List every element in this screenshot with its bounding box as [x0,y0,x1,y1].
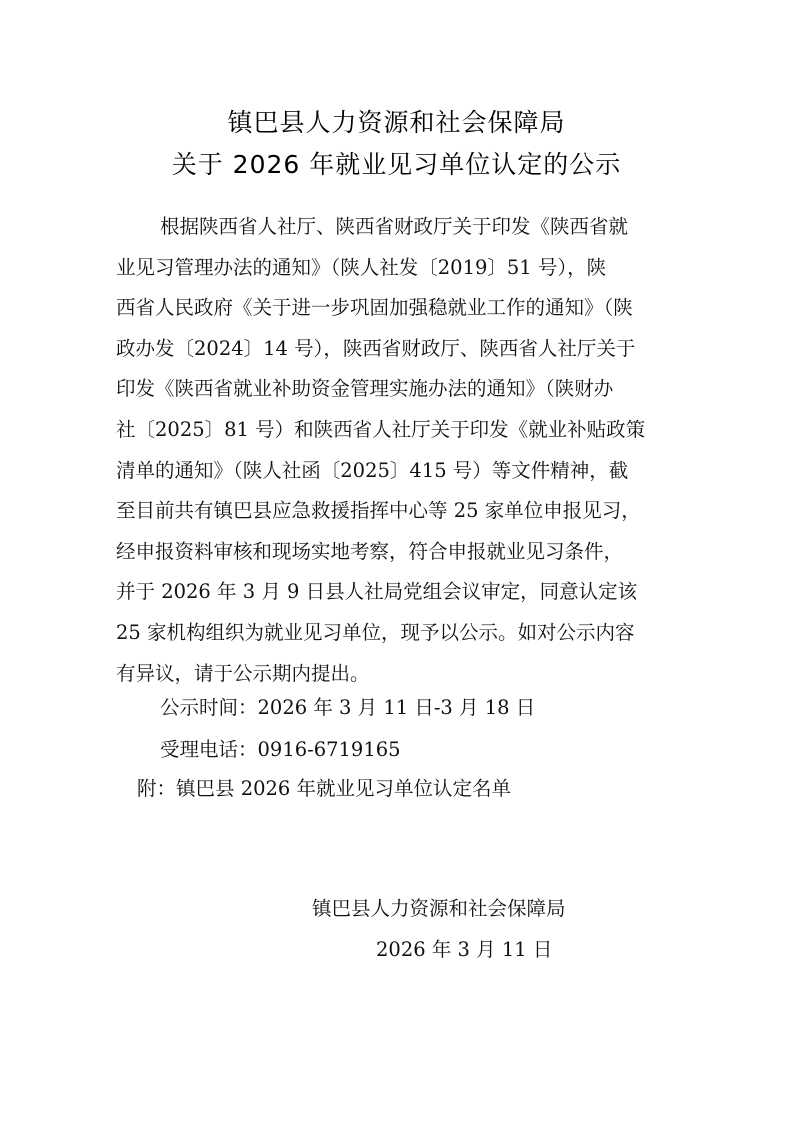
attachment-note: 附：镇巴县 2026 年就业见习单位认定名单 [137,773,511,801]
body-line: 清单的通知》（陕人社函〔2025〕415 号）等文件精神，截 [116,451,686,492]
body-line: 业见习管理办法的通知》（陕人社发〔2019〕51 号），陕 [116,248,686,289]
body-line: 经申报资料审核和现场实地考察，符合申报就业见习条件， [116,532,686,573]
body-line: 至目前共有镇巴县应急救援指挥中心等 25 家单位申报见习， [116,491,686,532]
body-line: 西省人民政府《关于进一步巩固加强稳就业工作的通知》（陕 [116,288,686,329]
publicity-period: 公示时间：2026 年 3 月 11 日-3 月 18 日 [160,692,535,720]
body-line: 社〔2025〕81 号）和陕西省人社厅关于印发《就业补贴政策 [116,410,686,451]
body-line: 并于 2026 年 3 月 9 日县人社局党组会议审定，同意认定该 [116,572,686,613]
document-title-line-2: 关于 2026 年就业见习单位认定的公示 [0,145,793,181]
contact-phone: 受理电话：0916-6719165 [160,734,401,762]
body-line: 根据陕西省人社厅、陕西省财政厅关于印发《陕西省就 [116,207,686,248]
body-paragraph: 根据陕西省人社厅、陕西省财政厅关于印发《陕西省就 业见习管理办法的通知》（陕人社… [116,207,686,694]
body-line: 印发《陕西省就业补助资金管理实施办法的通知》（陕财办 [116,369,686,410]
body-line: 政办发〔2024〕14 号），陕西省财政厅、陕西省人社厅关于 [116,329,686,370]
body-line: 25 家机构组织为就业见习单位，现予以公示。如对公示内容 [116,613,686,654]
signature-organization: 镇巴县人力资源和社会保障局 [312,893,566,921]
signature-date: 2026 年 3 月 11 日 [376,934,552,962]
body-line: 有异议，请于公示期内提出。 [116,654,686,695]
document-title-line-1: 镇巴县人力资源和社会保障局 [0,103,793,139]
